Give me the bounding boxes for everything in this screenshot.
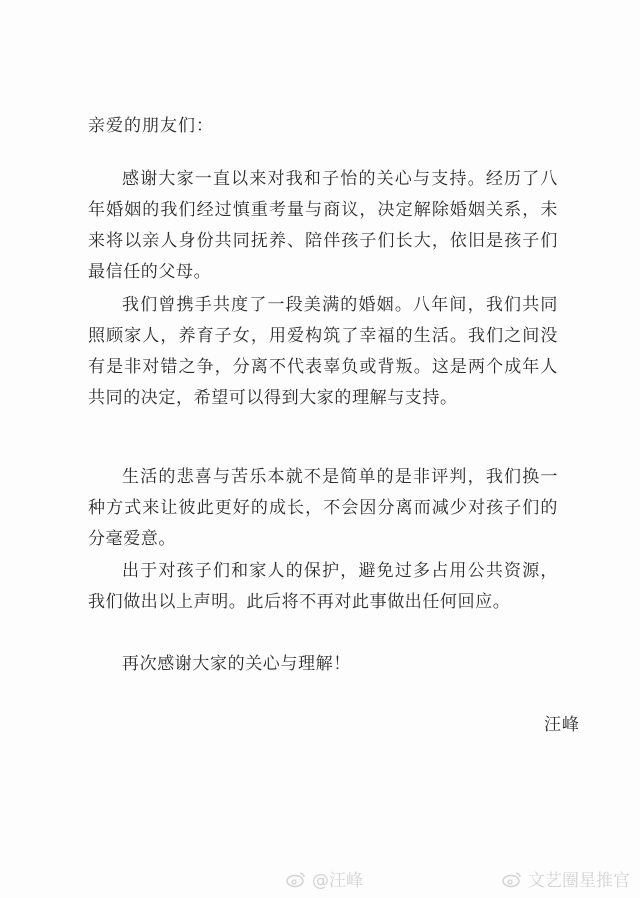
paragraph-1: 感谢大家一直以来对我和子怡的关心与支持。经历了八年婚姻的我们经过慎重考量与商议，… (88, 164, 558, 288)
watermark-author: @汪峰 (286, 866, 363, 891)
watermark-source: 文艺圈星推官 (502, 866, 630, 891)
signature: 汪峰 (544, 710, 580, 735)
weibo-icon (286, 870, 306, 888)
salutation: 亲爱的朋友们： (88, 111, 214, 136)
paragraph-4: 出于对孩子们和家人的保护，避免过多占用公共资源，我们做出以上声明。此后将不再对此… (88, 556, 558, 618)
paragraph-3: 生活的悲喜与苦乐本就不是简单的是非评判，我们换一种方式来让彼此更好的成长，不会因… (88, 462, 558, 555)
closing-line: 再次感谢大家的关心与理解！ (122, 649, 351, 674)
watermark-author-text: @汪峰 (312, 866, 363, 891)
watermark-source-text: 文艺圈星推官 (528, 866, 630, 891)
weibo-icon (502, 870, 522, 888)
paragraph-2: 我们曾携手共度了一段美满的婚姻。八年间，我们共同照顾家人，养育子女，用爱构筑了幸… (88, 290, 558, 414)
